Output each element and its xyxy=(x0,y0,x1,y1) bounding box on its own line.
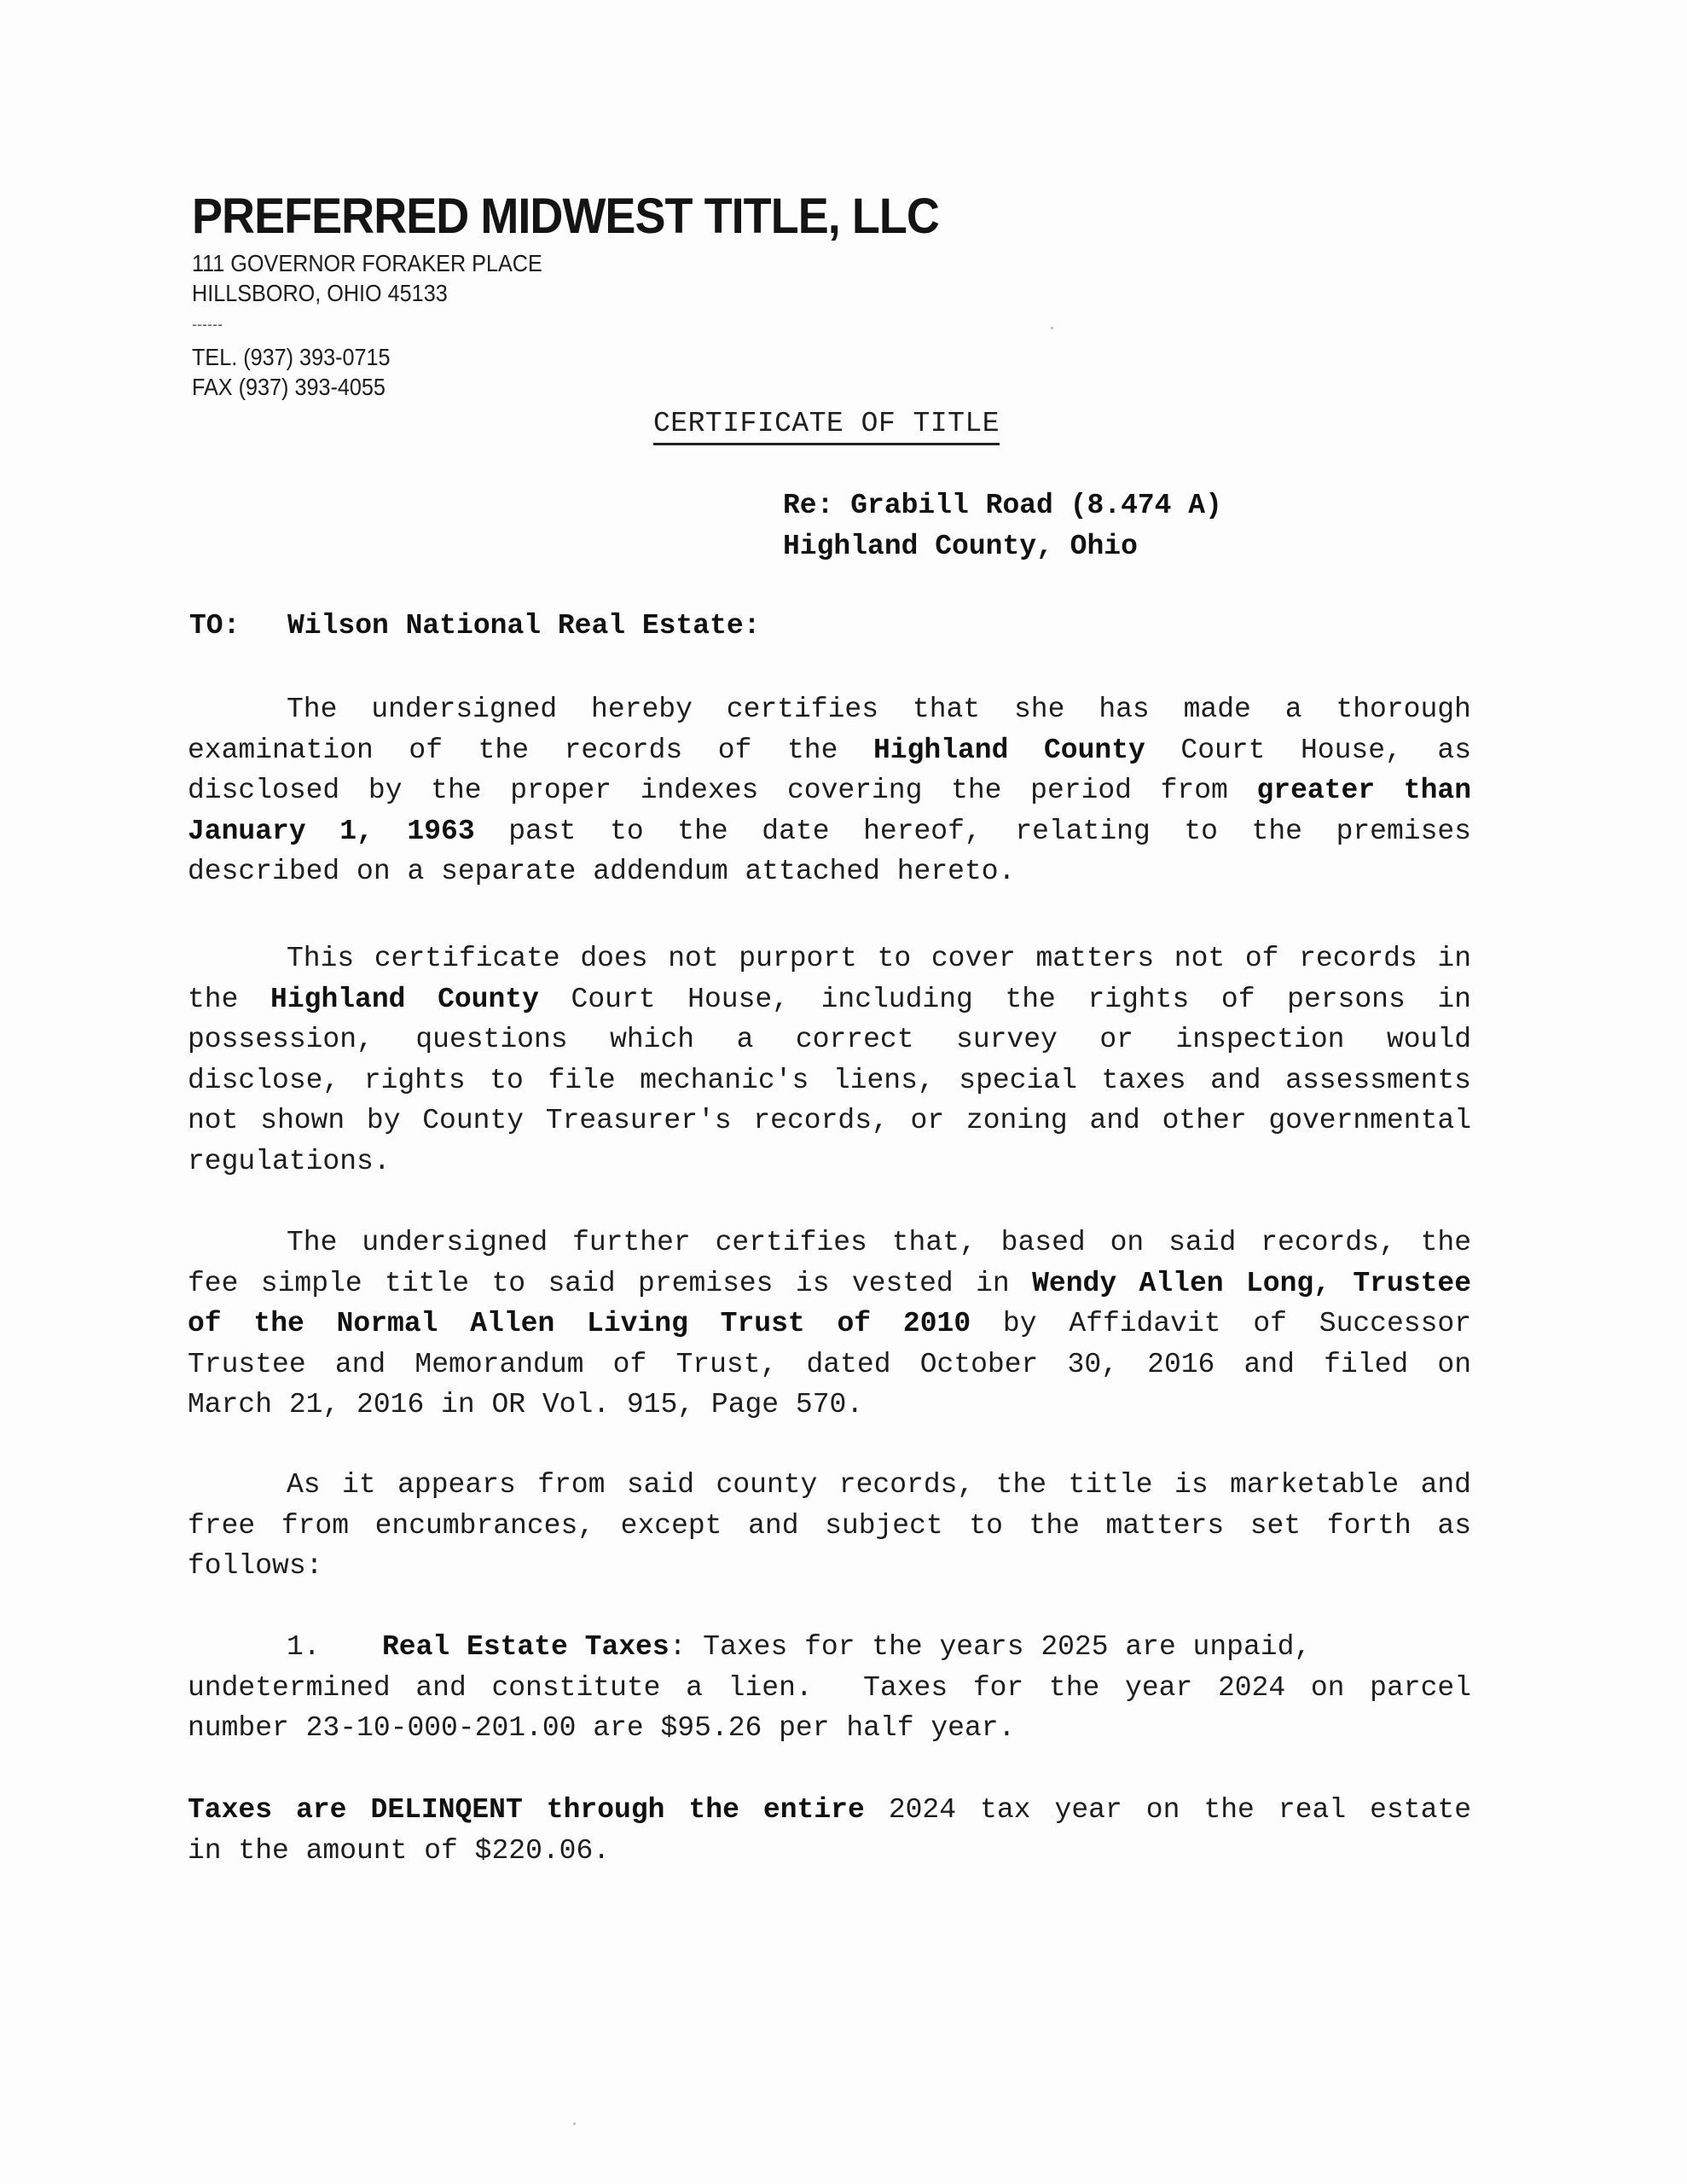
scan-speck xyxy=(1051,327,1053,329)
word: has xyxy=(1099,689,1149,730)
p1-line-5: described on a separate addendum attache… xyxy=(188,851,1471,892)
re-property: Re: Grabill Road (8.474 A) xyxy=(783,490,1222,521)
county-name: Highland County xyxy=(873,735,1145,766)
recipient-line: TO:Wilson National Real Estate: xyxy=(189,610,761,642)
p6-line-2: in the amount of $220.06. xyxy=(188,1831,1471,1872)
text: examination of the records of the xyxy=(188,735,873,766)
text: Court House, as xyxy=(1145,735,1471,766)
word: thorough xyxy=(1336,689,1470,730)
company-name: PREFERRED MIDWEST TITLE, LLC xyxy=(192,189,939,244)
p5-line-3: number 23-10-000-201.00 are $95.26 per h… xyxy=(188,1708,1471,1749)
p1-line-4: January 1, 1963 past to the date hereof,… xyxy=(188,811,1471,852)
p5-line-2: undetermined and constitute a lien. Taxe… xyxy=(188,1668,1471,1709)
word: undersigned xyxy=(371,689,557,730)
word: a xyxy=(1285,689,1302,730)
text: 2024 tax year on the real estate xyxy=(865,1794,1471,1826)
p4-line-3: follows: xyxy=(188,1546,1471,1587)
p5-line-1: 1.Real Estate Taxes: Taxes for the years… xyxy=(188,1627,1471,1668)
p3-line-2: fee simple title to said premises is ves… xyxy=(188,1263,1471,1304)
word: she xyxy=(1014,689,1064,730)
p4-line-1: As it appears from said county records, … xyxy=(188,1465,1471,1506)
address-line-2: HILLSBORO, OHIO 45133 xyxy=(192,279,448,308)
exception-item-1: 1.Real Estate Taxes: Taxes for the years… xyxy=(188,1627,1471,1749)
word: certifies xyxy=(727,689,878,730)
letterhead-separator: ------ xyxy=(192,316,223,334)
p2-line-3: possession, questions which a correct su… xyxy=(188,1019,1471,1060)
p3-line-1: The undersigned further certifies that, … xyxy=(188,1223,1471,1263)
item-heading: Real Estate Taxes xyxy=(382,1631,670,1663)
document-title: CERTIFICATE OF TITLE xyxy=(653,408,1000,445)
address-line-1: 111 GOVERNOR FORAKER PLACE xyxy=(192,249,542,278)
fax: FAX (937) 393-4055 xyxy=(192,373,386,402)
text: the xyxy=(188,984,270,1015)
paragraph-vesting: The undersigned further certifies that, … xyxy=(188,1223,1471,1426)
word: that xyxy=(913,689,980,730)
p2-line-1: This certificate does not purport to cov… xyxy=(188,938,1471,979)
word: The xyxy=(287,689,337,730)
trust-name: of the Normal Allen Living Trust of 2010 xyxy=(188,1308,971,1339)
word: made xyxy=(1184,689,1251,730)
p2-line-2: the Highland County Court House, includi… xyxy=(188,979,1471,1020)
p3-line-3: of the Normal Allen Living Trust of 2010… xyxy=(188,1304,1471,1345)
p1-line-1: The undersigned hereby certifies that sh… xyxy=(188,689,1471,730)
vested-owner: Wendy Allen Long, Trustee xyxy=(1032,1268,1471,1299)
emphasis: greater than xyxy=(1257,775,1472,806)
p1-line-3: disclosed by the proper indexes covering… xyxy=(188,770,1471,811)
search-start-date: January 1, 1963 xyxy=(188,816,475,847)
paragraph-exclusions: This certificate does not purport to cov… xyxy=(188,938,1471,1182)
p6-line-1: Taxes are DELINQENT through the entire 2… xyxy=(188,1790,1471,1831)
delinquent-notice: Taxes are DELINQENT through the entire 2… xyxy=(188,1790,1471,1871)
p4-line-2: free from encumbrances, except and subje… xyxy=(188,1506,1471,1547)
letterhead: PREFERRED MIDWEST TITLE, LLC 111 GOVERNO… xyxy=(192,189,995,244)
scan-speck xyxy=(573,2123,576,2125)
paragraph-marketable: As it appears from said county records, … xyxy=(188,1465,1471,1587)
p2-line-5: not shown by County Treasurer's records,… xyxy=(188,1101,1471,1141)
county-name: Highland County xyxy=(270,984,539,1015)
p2-line-4: disclose, rights to file mechanic's lien… xyxy=(188,1060,1471,1101)
to-label: TO: xyxy=(189,610,287,642)
text: : Taxes for the years 2025 are unpaid, xyxy=(670,1631,1312,1663)
text: disclosed by the proper indexes covering… xyxy=(188,775,1257,806)
re-county: Highland County, Ohio xyxy=(783,531,1138,562)
p1-line-2: examination of the records of the Highla… xyxy=(188,730,1471,771)
document-page: PREFERRED MIDWEST TITLE, LLC 111 GOVERNO… xyxy=(0,0,1687,2184)
p3-line-5: March 21, 2016 in OR Vol. 915, Page 570. xyxy=(188,1385,1471,1426)
p3-line-4: Trustee and Memorandum of Trust, dated O… xyxy=(188,1345,1471,1385)
recipient-name: Wilson National Real Estate: xyxy=(287,610,761,642)
paragraph-examination: The undersigned hereby certifies that sh… xyxy=(188,689,1471,892)
delinquent-emphasis: Taxes are DELINQENT through the entire xyxy=(188,1794,865,1826)
text: past to the date hereof, relating to the… xyxy=(475,816,1471,847)
item-number: 1. xyxy=(287,1627,382,1668)
text: by Affidavit of Successor xyxy=(971,1308,1471,1339)
text: fee simple title to said premises is ves… xyxy=(188,1268,1032,1299)
telephone: TEL. (937) 393-0715 xyxy=(192,343,391,372)
word: hereby xyxy=(591,689,693,730)
text: Court House, including the rights of per… xyxy=(539,984,1471,1015)
p2-line-6: regulations. xyxy=(188,1141,1471,1182)
